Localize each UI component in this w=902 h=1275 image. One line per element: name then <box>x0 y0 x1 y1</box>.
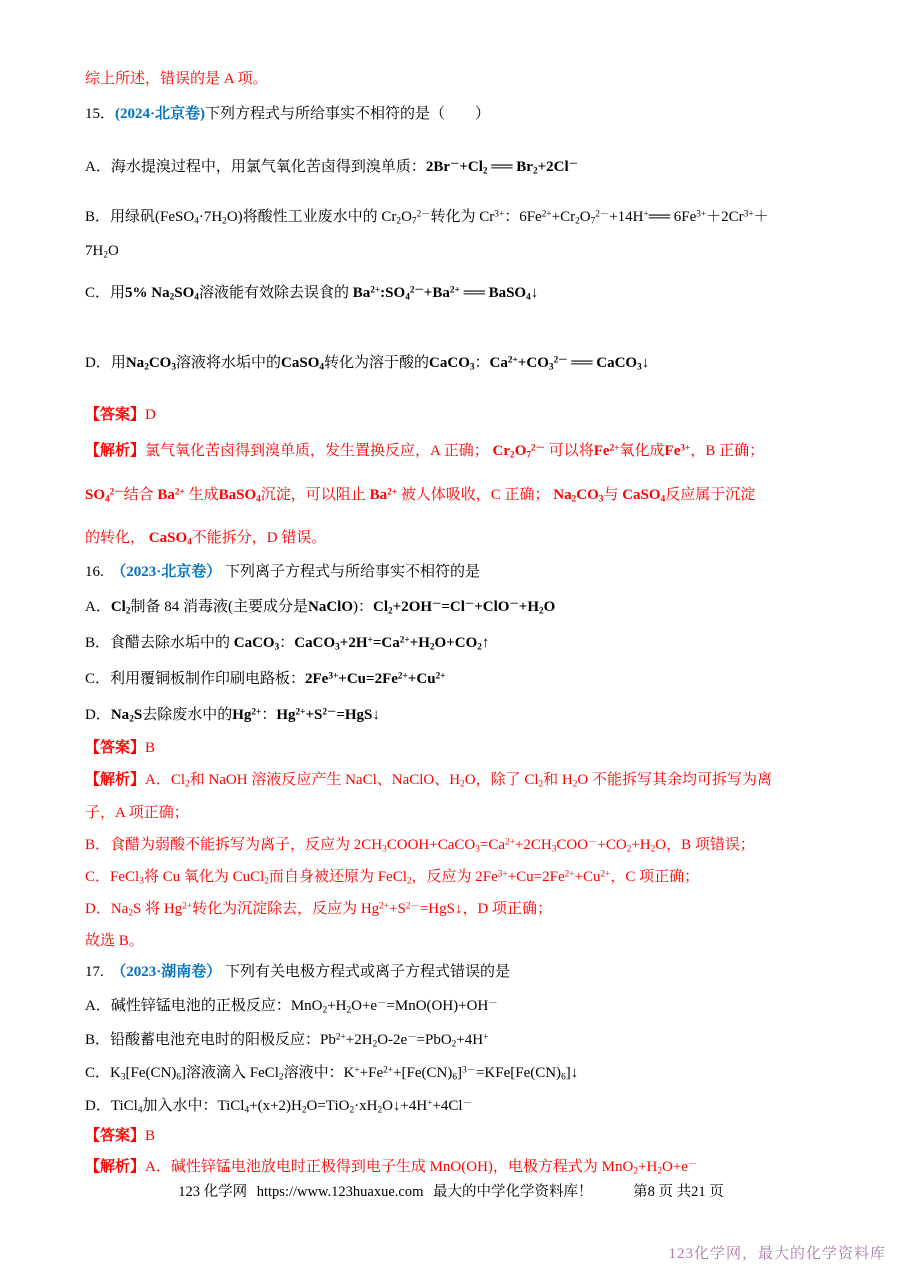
text-run: 转化为溶于酸的 <box>324 355 429 371</box>
text-run: Hg2+ <box>232 707 261 723</box>
text-run: (2024·北京卷) <box>115 106 205 122</box>
question-15-option-c: C．用5% Na2SO4溶液能有效除去误食的 Ba2+:SO42－+Ba2+ ═… <box>85 282 819 305</box>
question-15-answer: 【答案】D <box>85 404 819 427</box>
text-run: ，B 正确； <box>690 443 764 459</box>
text-run: 综上所述，错误的是 A 项。 <box>85 71 268 87</box>
text-run: D．TiCl4加入水中：TiCl4+(x+2)H2O=TiO2·xH2O↓+4H… <box>85 1098 472 1114</box>
text-run: ： <box>279 635 294 651</box>
text-run: Na2S <box>111 707 142 723</box>
text-run: 16. <box>85 564 119 580</box>
text-run: A．Cl2和 NaOH 溶液反应产生 NaCl、NaClO、H2O，除了 Cl2… <box>145 772 772 788</box>
text-run: SO42－ <box>85 487 124 503</box>
text-run: Ba2+ <box>370 487 397 503</box>
text-run: 氧化成 <box>620 443 665 459</box>
text-run: B <box>145 740 155 756</box>
footer-site-name: 123 化学网 <box>178 1184 247 1200</box>
text-run: C．FeCl3将 Cu 氧化为 CuCl2而自身被还原为 FeCl2，反应为 2… <box>85 869 699 885</box>
question-17-answer: 【答案】B <box>85 1125 819 1148</box>
text-run: D．用 <box>85 355 126 371</box>
question-16-analysis-6: 故选 B。 <box>85 930 819 953</box>
text-run: 下列有关电极方程式或离子方程式错误的是 <box>221 964 510 980</box>
text-run: 子，A 项正确； <box>85 805 189 821</box>
text-run: C．用 <box>85 285 125 301</box>
text-run: ： <box>475 355 490 371</box>
text-run: Cl2+2OH－=Cl－+ClO－+H2O <box>373 599 555 615</box>
text-run: ： <box>261 707 276 723</box>
text-run: B．食醋为弱酸不能拆写为离子，反应为 2CH3COOH+CaCO3=Ca2++2… <box>85 837 755 853</box>
text-run: 【答案】 <box>85 1128 145 1144</box>
text-run: CaCO3+2H+=Ca2++H2O+CO2↑ <box>294 635 489 651</box>
text-run: Cl2 <box>111 599 131 615</box>
document-body: 综上所述，错误的是 A 项。15．(2024·北京卷)下列方程式与所给事实不相符… <box>85 68 819 1179</box>
text-run: 可以将 <box>545 443 594 459</box>
text-run: CaCO3 <box>429 355 475 371</box>
text-run: 制备 84 消毒液(主要成分是 <box>131 599 309 615</box>
text-run: 【解析】 <box>85 772 145 788</box>
text-run: B．铅酸蓄电池充电时的阳极反应：Pb2++2H2O-2e－=PbO2+4H+ <box>85 1032 488 1048</box>
text-run: 5% Na2SO4 <box>125 285 199 301</box>
text-run: CaSO4 <box>622 487 665 503</box>
text-run: D．Na2S 将 Hg2+转化为沉淀除去，反应为 Hg2++S2－=HgS↓，D… <box>85 901 552 917</box>
text-run: D <box>145 407 156 423</box>
text-run: 2Fe3++Cu=2Fe2++Cu2+ <box>305 671 446 687</box>
question-16-option-a: A．Cl2制备 84 消毒液(主要成分是NaClO)：Cl2+2OH－=Cl－+… <box>85 596 819 619</box>
text-run: B．食醋去除水垢中的 <box>85 635 234 651</box>
text-run: 下列方程式与所给事实不相符的是（ ） <box>205 106 490 122</box>
question-15-analysis-2: SO42－结合 Ba2+ 生成BaSO4沉淀，可以阻止 Ba2+ 被人体吸收，C… <box>85 484 819 507</box>
text-run: NaClO <box>308 599 353 615</box>
question-16-header: 16. （2023·北京卷） 下列离子方程式与所给事实不相符的是 <box>85 561 819 584</box>
text-run: 反应属于沉淀 <box>665 487 755 503</box>
question-16-option-c: C．利用覆铜板制作印刷电路板：2Fe3++Cu=2Fe2++Cu2+ <box>85 668 819 691</box>
question-16-analysis-5: D．Na2S 将 Hg2+转化为沉淀除去，反应为 Hg2++S2－=HgS↓，D… <box>85 898 819 921</box>
text-run: D． <box>85 707 111 723</box>
text-run: 【解析】 <box>85 443 145 459</box>
text-run: 氯气氧化苦卤得到溴单质，发生置换反应，A 正确； <box>145 443 493 459</box>
analysis-conclusion-q14: 综上所述，错误的是 A 项。 <box>85 68 819 91</box>
text-run: Ca2++CO32－ ══ CaCO3↓ <box>490 355 650 371</box>
text-run: 沉淀，可以阻止 <box>261 487 370 503</box>
text-run: A． <box>85 599 111 615</box>
question-16-analysis-2: 子，A 项正确； <box>85 802 819 825</box>
question-15-option-b-cont: 7H2O <box>85 240 819 263</box>
text-run: Na2CO3 <box>553 487 603 503</box>
question-16-analysis-1: 【解析】A．Cl2和 NaOH 溶液反应产生 NaCl、NaClO、H2O，除了… <box>85 769 819 792</box>
text-run: B．用绿矾(FeSO4·7H2O)将酸性工业废水中的 Cr2O72－转化为 Cr… <box>85 209 769 225</box>
question-16-option-d: D．Na2S去除废水中的Hg2+：Hg2++S2－=HgS↓ <box>85 704 819 727</box>
question-17-option-d: D．TiCl4加入水中：TiCl4+(x+2)H2O=TiO2·xH2O↓+4H… <box>85 1095 819 1118</box>
text-run: Cr2O72－ <box>493 443 545 459</box>
question-16-option-b: B．食醋去除水垢中的 CaCO3：CaCO3+2H+=Ca2++H2O+CO2↑ <box>85 632 819 655</box>
text-run: Ba2+:SO42－+Ba2+ ══ BaSO4↓ <box>353 285 539 301</box>
question-15-header: 15．(2024·北京卷)下列方程式与所给事实不相符的是（ ） <box>85 103 819 126</box>
text-run: 15． <box>85 106 115 122</box>
text-run: 17. <box>85 964 119 980</box>
text-run: （2023·湖南卷） <box>119 964 222 980</box>
question-15-option-b: B．用绿矾(FeSO4·7H2O)将酸性工业废水中的 Cr2O72－转化为 Cr… <box>85 206 819 229</box>
text-run: Fe2+ <box>594 443 620 459</box>
text-run: A．碱性锌锰电池的正极反应：MnO2+H2O+e－=MnO(OH)+OH－ <box>85 998 498 1014</box>
text-run: 结合 <box>124 487 158 503</box>
text-run: 去除废水中的 <box>142 707 232 723</box>
text-run: CaSO4 <box>149 530 192 546</box>
text-run: )： <box>353 599 373 615</box>
text-run: 【解析】 <box>85 1159 145 1175</box>
watermark-text: 123化学网，最大的化学资料库 <box>668 1242 886 1263</box>
question-15-option-d: D．用Na2CO3溶液将水垢中的CaSO4转化为溶于酸的CaCO3：Ca2++C… <box>85 352 819 375</box>
text-run: CaSO4 <box>281 355 324 371</box>
text-run: 2Br－+Cl2 ══ Br2+2Cl－ <box>426 159 578 175</box>
text-run: C．利用覆铜板制作印刷电路板： <box>85 671 305 687</box>
text-run: Fe3+ <box>665 443 691 459</box>
text-run: 【答案】 <box>85 407 145 423</box>
page-footer: 123 化学网 https://www.123huaxue.com 最大的中学化… <box>0 1180 902 1201</box>
document-page: 综上所述，错误的是 A 项。15．(2024·北京卷)下列方程式与所给事实不相符… <box>0 0 902 1275</box>
text-run: （2023·北京卷） <box>119 564 222 580</box>
text-run: CaCO3 <box>234 635 280 651</box>
text-run: A．海水提溴过程中，用氯气氧化苦卤得到溴单质： <box>85 159 426 175</box>
text-run: BaSO4 <box>219 487 261 503</box>
footer-url[interactable]: https://www.123huaxue.com <box>257 1184 424 1200</box>
text-run: Hg2++S2－=HgS↓ <box>276 707 380 723</box>
text-run: 下列离子方程式与所给事实不相符的是 <box>221 564 480 580</box>
text-run: 生成 <box>185 487 219 503</box>
text-run: 溶液将水垢中的 <box>176 355 281 371</box>
text-run: A．碱性锌锰电池放电时正极得到电子生成 MnO(OH)，电极方程式为 MnO2+… <box>145 1159 697 1175</box>
question-17-header: 17. （2023·湖南卷） 下列有关电极方程式或离子方程式错误的是 <box>85 961 819 984</box>
text-run: 被人体吸收，C 正确； <box>397 487 553 503</box>
text-run: 不能拆分，D 错误。 <box>192 530 327 546</box>
text-run: 的转化， <box>85 530 149 546</box>
text-run: 溶液能有效除去误食的 <box>199 285 353 301</box>
question-15-analysis-1: 【解析】氯气氧化苦卤得到溴单质，发生置换反应，A 正确； Cr2O72－ 可以将… <box>85 440 819 463</box>
question-17-option-c: C．K3[Fe(CN)6]溶液滴入 FeCl2溶液中：K++Fe2++[Fe(C… <box>85 1062 819 1085</box>
text-run: Ba2+ <box>157 487 184 503</box>
question-17-option-a: A．碱性锌锰电池的正极反应：MnO2+H2O+e－=MnO(OH)+OH－ <box>85 995 819 1018</box>
question-15-analysis-3: 的转化， CaSO4不能拆分，D 错误。 <box>85 527 819 550</box>
text-run: C．K3[Fe(CN)6]溶液滴入 FeCl2溶液中：K++Fe2++[Fe(C… <box>85 1065 578 1081</box>
question-17-option-b: B．铅酸蓄电池充电时的阳极反应：Pb2++2H2O-2e－=PbO2+4H+ <box>85 1029 819 1052</box>
question-16-analysis-4: C．FeCl3将 Cu 氧化为 CuCl2而自身被还原为 FeCl2，反应为 2… <box>85 866 819 889</box>
text-run: Na2CO3 <box>126 355 176 371</box>
footer-page-indicator: 第8 页 共21 页 <box>633 1184 724 1200</box>
text-run: 7H2O <box>85 243 119 259</box>
footer-tagline: 最大的中学化学资料库！ <box>433 1184 593 1200</box>
text-run: B <box>145 1128 155 1144</box>
question-16-answer: 【答案】B <box>85 737 819 760</box>
text-run: 【答案】 <box>85 740 145 756</box>
question-16-analysis-3: B．食醋为弱酸不能拆写为离子，反应为 2CH3COOH+CaCO3=Ca2++2… <box>85 834 819 857</box>
question-17-analysis-1: 【解析】A．碱性锌锰电池放电时正极得到电子生成 MnO(OH)，电极方程式为 M… <box>85 1156 819 1179</box>
question-15-option-a: A．海水提溴过程中，用氯气氧化苦卤得到溴单质：2Br－+Cl2 ══ Br2+2… <box>85 156 819 179</box>
text-run: 故选 B。 <box>85 933 144 949</box>
text-run: 与 <box>603 487 622 503</box>
